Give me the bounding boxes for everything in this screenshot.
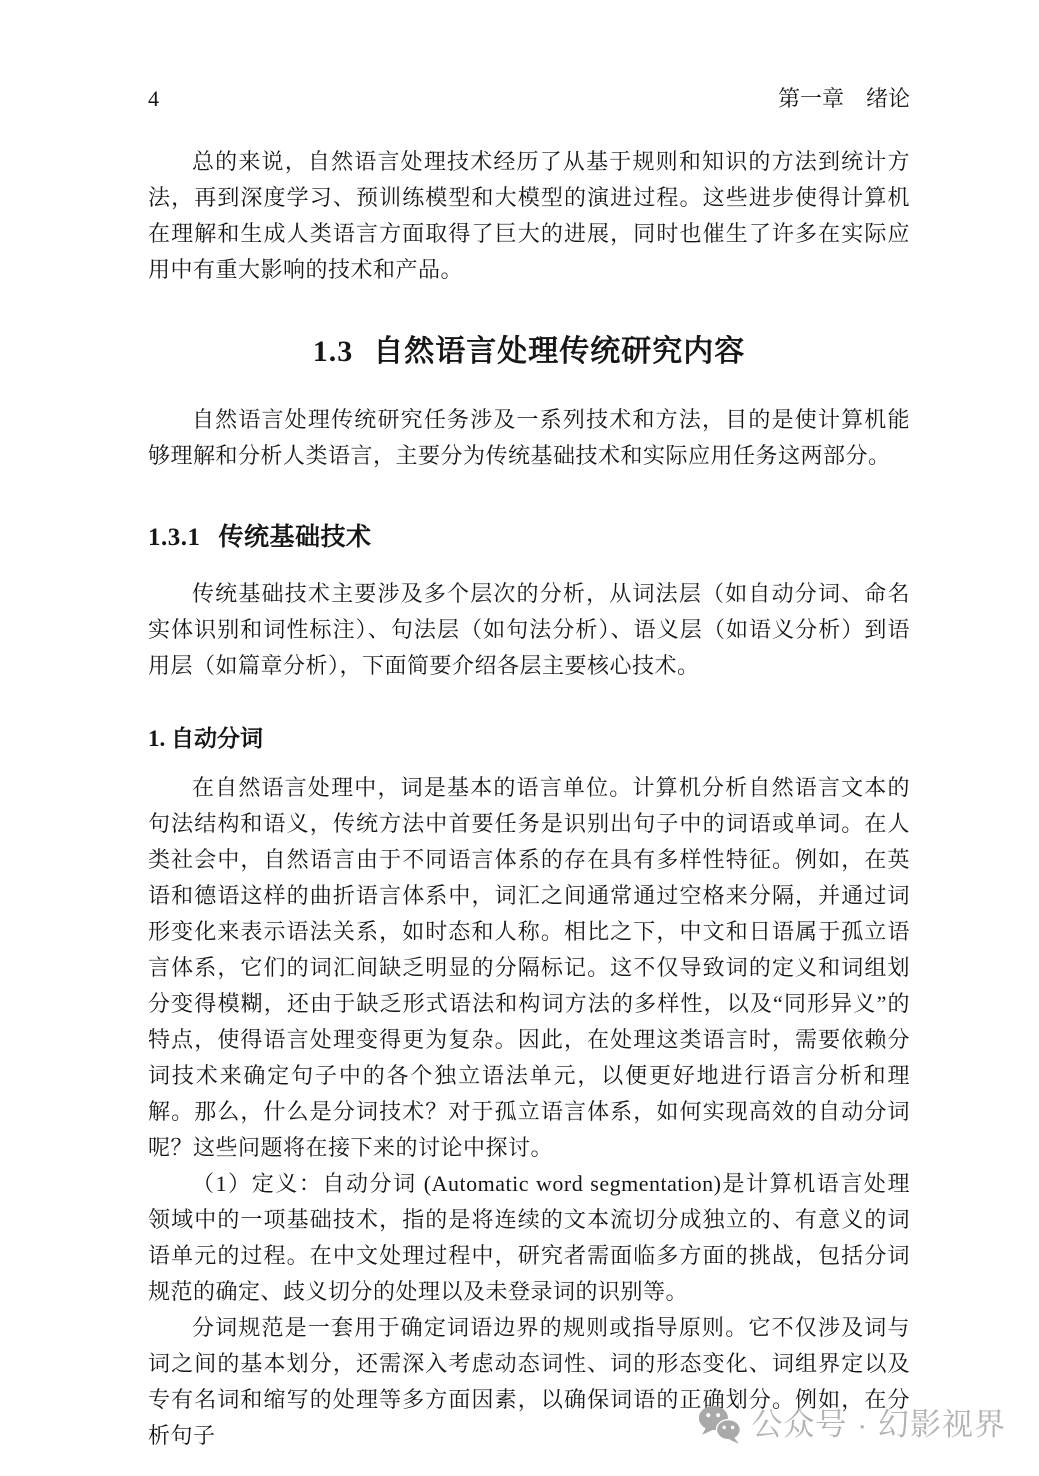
page-header: 4 第一章 绪论 bbox=[148, 0, 910, 112]
topic-paragraph: 在自然语言处理中，词是基本的语言单位。计算机分析自然语言文本的句法结构和语义，传… bbox=[148, 770, 910, 1166]
subsection-title: 传统基础技术 bbox=[219, 524, 372, 551]
topic-heading: 1. 自动分词 bbox=[148, 724, 910, 754]
section-number: 1.3 bbox=[313, 335, 354, 368]
topic-paragraph: （1）定义：自动分词 (Automatic word segmentation)… bbox=[148, 1166, 910, 1310]
section-heading: 1.3自然语言处理传统研究内容 bbox=[148, 332, 910, 372]
watermark-text: 公众号 · 幻影视界 bbox=[751, 1402, 1006, 1448]
subsection-lead-paragraph: 传统基础技术主要涉及多个层次的分析，从词法层（如自动分词、命名实体识别和词性标注… bbox=[148, 576, 910, 684]
topic-body: 在自然语言处理中，词是基本的语言单位。计算机分析自然语言文本的句法结构和语义，传… bbox=[148, 770, 910, 1454]
subsection-heading: 1.3.1传统基础技术 bbox=[148, 522, 910, 554]
watermark: 公众号 · 幻影视界 bbox=[697, 1402, 1006, 1448]
section-lead-paragraph: 自然语言处理传统研究任务涉及一系列技术和方法，目的是使计算机能够理解和分析人类语… bbox=[148, 402, 910, 474]
book-page-content: 4 第一章 绪论 总的来说，自然语言处理技术经历了从基于规则和知识的方法到统计方… bbox=[148, 0, 910, 1454]
section-title: 自然语言处理传统研究内容 bbox=[373, 335, 745, 368]
intro-paragraph: 总的来说，自然语言处理技术经历了从基于规则和知识的方法到统计方法，再到深度学习、… bbox=[148, 144, 910, 288]
page-number: 4 bbox=[148, 86, 159, 112]
subsection-number: 1.3.1 bbox=[148, 524, 201, 551]
wechat-icon bbox=[697, 1404, 742, 1446]
chapter-running-title: 第一章 绪论 bbox=[778, 86, 910, 112]
